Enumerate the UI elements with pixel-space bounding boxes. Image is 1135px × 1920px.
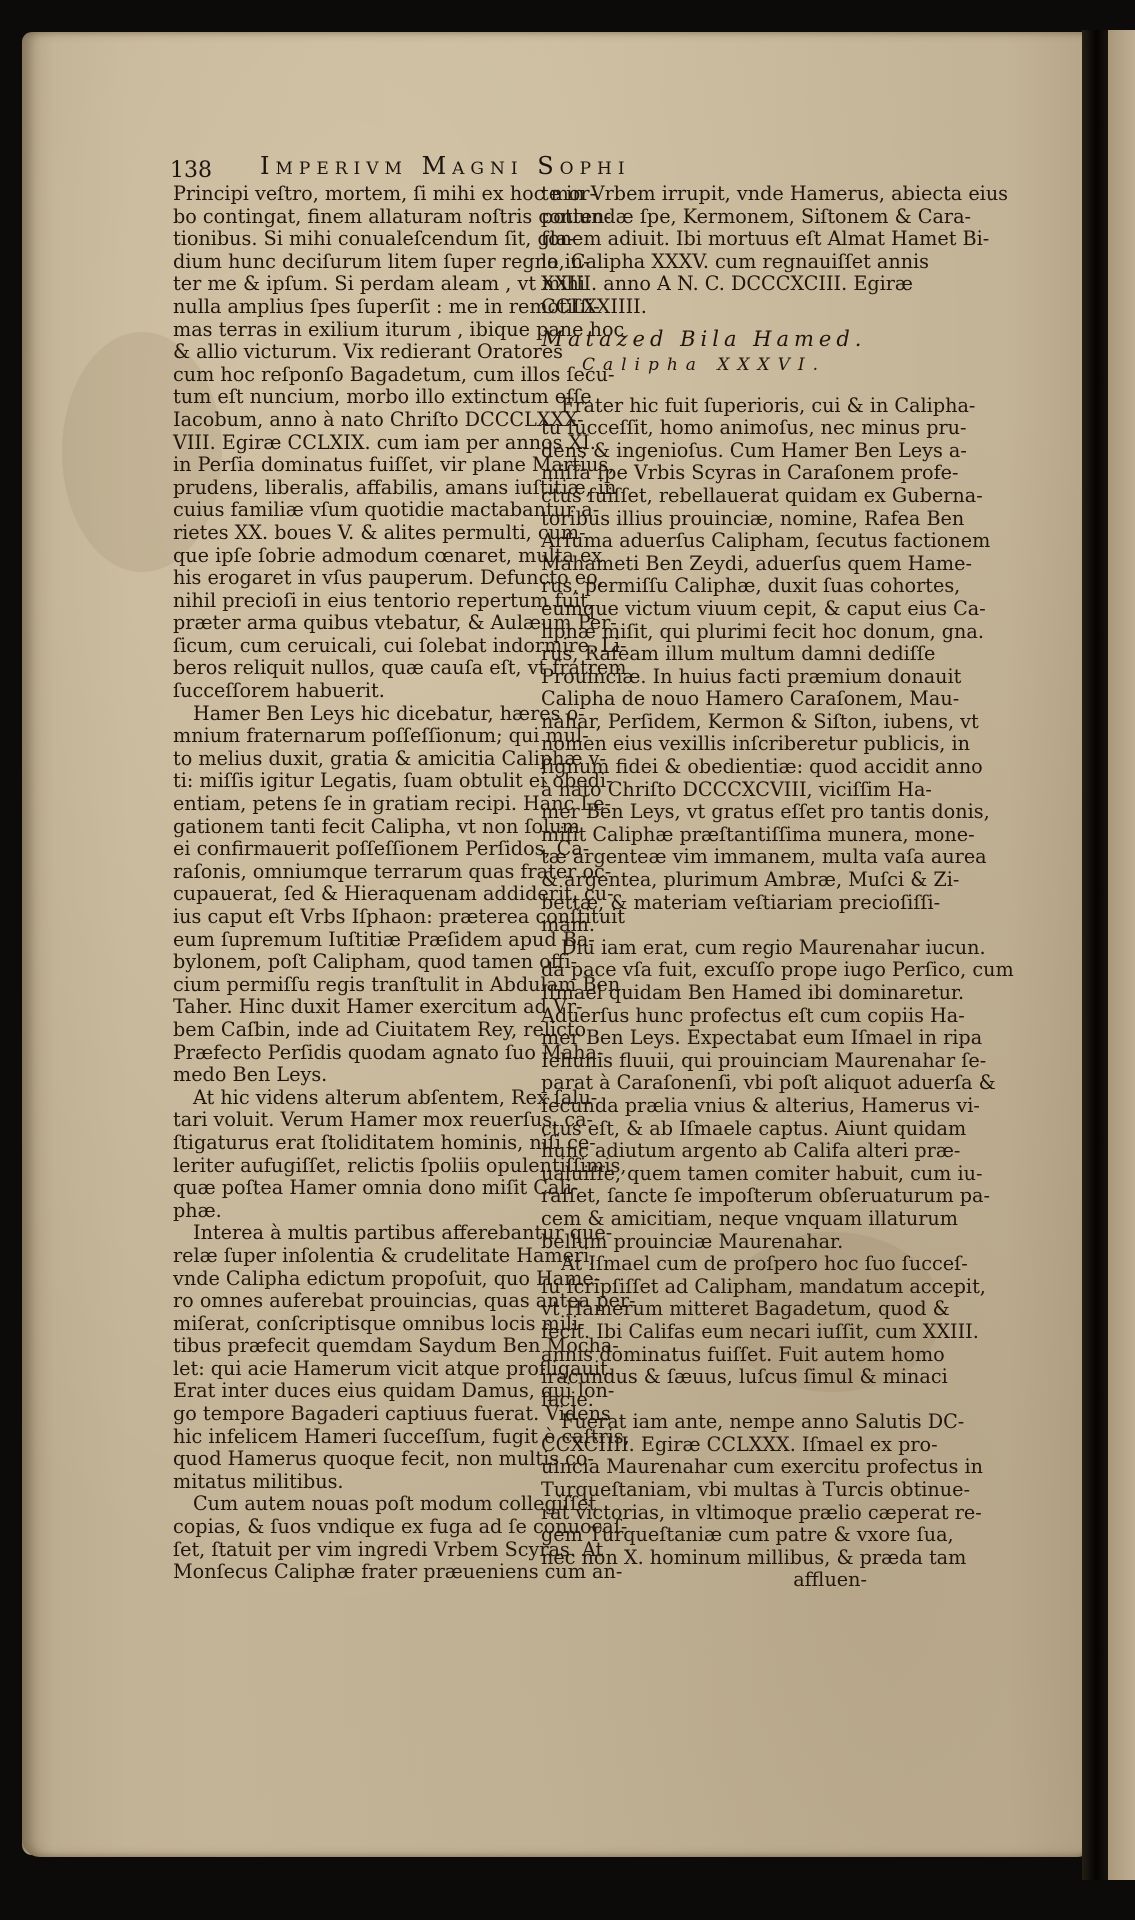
text-line: raſſet, ſancte ſe impoſterum obſeruaturu… (541, 1185, 867, 1208)
facing-page-edge (1108, 30, 1135, 1880)
text-line: & argentea, plurimum Ambræ, Muſci & Zi- (541, 869, 867, 892)
text-line: miſit Caliphæ præſtantiſſima munera, mon… (541, 824, 867, 847)
text-line: & allio victurum. Vix redierant Oratores (173, 341, 540, 364)
right-text-column: te in Vrbem irrupit, vnde Hamerus, abiec… (541, 183, 867, 1592)
text-line: que ipſe ſobrie admodum cœnaret, multa e… (173, 545, 540, 568)
text-line: liphæ miſit, qui plurimi fecit hoc donum… (541, 621, 867, 644)
section-subheading: Calipha XXXVI. (541, 353, 867, 377)
text-line: fecit. Ibi Califas eum necari iuſſit, cu… (541, 1321, 867, 1344)
text-line: mam. (541, 914, 867, 937)
text-line: hic infelicem Hameri ſucceſſum, fugit è … (173, 1426, 540, 1449)
text-line: ſu ſcripſiſſet ad Calipham, mandatum acc… (541, 1276, 867, 1299)
text-line: bylonem, poſt Calipham, quod tamen offi- (173, 951, 540, 974)
text-line: XXIII. anno A N. C. DCCCXCIII. Egiræ (541, 273, 867, 296)
text-line: ſecunda prælia vnius & alterius, Hamerus… (541, 1095, 867, 1118)
text-line: prudens, liberalis, affabilis, amans iuſ… (173, 477, 540, 500)
text-line: miſerat, conſcriptisque omnibus locis mi… (173, 1313, 540, 1336)
text-line: à nato Chriſto DCCCXCVIII, viciſſim Ha- (541, 779, 867, 802)
text-line: rat victorias, in vltimoque prælio cæper… (541, 1502, 867, 1525)
text-line: to melius duxit, gratia & amicitia Calip… (173, 748, 540, 771)
text-line: præter arma quibus vtebatur, & Aulæum Pe… (173, 612, 540, 635)
text-line: Cum autem nouas poſt modum collegiſſet (173, 1493, 540, 1516)
text-line: Turqueſtaniam, vbi multas à Turcis obtin… (541, 1479, 867, 1502)
text-line: Calipha de nouo Hamero Caraſonem, Mau- (541, 688, 867, 711)
text-line: Prouinciæ. In huius facti præmium donaui… (541, 666, 867, 689)
text-line: facie. (541, 1389, 867, 1412)
text-line: tari voluit. Verum Hamer mox reuerſus, c… (173, 1109, 540, 1132)
text-line: cupauerat, ſed & Hieraquenam addiderit, … (173, 883, 540, 906)
text-line: ctus fuiſſet, rebellauerat quidam ex Gub… (541, 485, 867, 508)
text-line: nomen eius vexillis inſcriberetur public… (541, 733, 867, 756)
text-line: rus, permiſſu Caliphæ, duxit ſuas cohort… (541, 575, 867, 598)
text-line: ſet, ſtatuit per vim ingredi Vrbem Scyra… (173, 1539, 540, 1562)
text-line: ter me & ipſum. Si perdam aleam , vt mih… (173, 273, 540, 296)
text-line: bellum prouinciæ Maurenahar. (541, 1231, 867, 1254)
text-line: parat à Caraſonenſi, vbi poſt aliquot ad… (541, 1072, 867, 1095)
text-line: Iacobum, anno à nato Chriſto DCCCLXXX- (173, 409, 540, 432)
text-line: Hamer Ben Leys hic dicebatur, hæres o- (173, 703, 540, 726)
text-line: vnde Calipha edictum propoſuit, quo Hame… (173, 1268, 540, 1291)
section-heading: Matazed Bila Hamed. (541, 325, 867, 353)
text-line: mer Ben Leys, vt gratus eſſet pro tantis… (541, 801, 867, 824)
text-line: CCLXXIIII. (541, 296, 867, 319)
text-line: cum hoc reſponſo Bagadetum, cum illos ſe… (173, 364, 540, 387)
text-line: raſonis, omniumque terrarum quas frater … (173, 861, 540, 884)
text-line: toribus illius prouinciæ, nomine, Rafea … (541, 508, 867, 531)
text-line: phæ. (173, 1200, 540, 1223)
text-line: bem Caſbin, inde ad Ciuitatem Rey, relic… (173, 1019, 540, 1042)
text-line: Fuerat iam ante, nempe anno Salutis DC- (541, 1411, 867, 1434)
text-line: rus, Rafeam illum multum damni dediſſe (541, 643, 867, 666)
text-line: bettæ, & materiam veſtiariam precioſiſſi… (541, 892, 867, 915)
text-line: At Iſmael cum de proſpero hoc ſuo ſucceſ… (541, 1253, 867, 1276)
text-line: iracundus & ſæuus, luſcus ſimul & minaci (541, 1366, 867, 1389)
text-line: cuius familiæ vſum quotidie mactabantur … (173, 499, 540, 522)
text-line: mitatus militibus. (173, 1471, 540, 1494)
text-line: miſſa ſpe Vrbis Scyras in Caraſonem prof… (541, 462, 867, 485)
text-line: Iſmael quidam Ben Hamed ibi dominaretur. (541, 982, 867, 1005)
text-line: relæ ſuper inſolentia & crudelitate Hame… (173, 1245, 540, 1268)
text-line: dens & ingenioſus. Cum Hamer Ben Leys a- (541, 440, 867, 463)
text-line: Præfecto Perſidis quodam agnato ſuo Maha… (173, 1042, 540, 1065)
text-line: ſonem adiuit. Ibi mortuus eſt Almat Hame… (541, 228, 867, 251)
text-line: tibus præfecit quemdam Saydum Ben Mocha- (173, 1335, 540, 1358)
page-number: 138 (170, 158, 212, 183)
text-line: beros reliquit nullos, quæ cauſa eſt, vt… (173, 657, 540, 680)
text-line: da pace vſa fuit, excuſſo prope iugo Per… (541, 959, 867, 982)
text-line: tionibus. Si mihi conualeſcendum ſit, gl… (173, 228, 540, 251)
text-line: tæ argenteæ vim immanem, multa vaſa aure… (541, 846, 867, 869)
text-line: nahar, Perſidem, Kermon & Siſton, iubens… (541, 711, 867, 734)
text-line: eum ſupremum Iuſtitiæ Præſidem apud Ba- (173, 929, 540, 952)
text-line: nec non X. hominum millibus, & præda tam (541, 1547, 867, 1570)
text-line: in Perſia dominatus fuiſſet, vir plane M… (173, 454, 540, 477)
left-text-column: Principi veſtro, mortem, ſi mihi ex hoc … (173, 183, 540, 1584)
text-line: VIII. Egiræ CCLXIX. cum iam per annos XI… (173, 432, 540, 455)
text-line: nulla amplius ſpes ſuperſit : me in remo… (173, 296, 540, 319)
text-line: Monſecus Caliphæ frater præueniens cum a… (173, 1561, 540, 1584)
text-line: mas terras in exilium iturum , ibique pa… (173, 319, 540, 342)
text-line: ei confirmauerit poſſeſſionem Perſidos, … (173, 838, 540, 861)
text-line: cem & amicitiam, neque vnquam illaturum (541, 1208, 867, 1231)
running-title: Imperivm Magni Sophi (260, 152, 631, 180)
text-line: ſtigaturus erat ſtoliditatem hominis, ni… (173, 1132, 540, 1155)
text-line: ti: miſſis igitur Legatis, ſuam obtulit … (173, 770, 540, 793)
text-line: tum eſt nuncium, morbo illo extinctum eſ… (173, 386, 540, 409)
text-line: Interea à multis partibus afferebantur q… (173, 1222, 540, 1245)
text-line: Diu iam erat, cum regio Maurenahar iucun… (541, 937, 867, 960)
text-line: leriter aufugiſſet, relictis ſpoliis opu… (173, 1155, 540, 1178)
catchword: affluen- (541, 1569, 867, 1592)
text-line: ro omnes auferebat prouincias, quas ante… (173, 1290, 540, 1313)
text-line: te in Vrbem irrupit, vnde Hamerus, abiec… (541, 183, 867, 206)
text-line: let: qui acie Hamerum vicit atque profli… (173, 1358, 540, 1381)
right-column-body: Frater hic fuit ſuperioris, cui & in Cal… (541, 395, 867, 1570)
text-line: go tempore Bagaderi captiuus fuerat. Vid… (173, 1403, 540, 1426)
text-line: Aduerſus hunc profectus eſt cum copiis H… (541, 1005, 867, 1028)
text-line: quod Hamerus quoque fecit, non multis co… (173, 1448, 540, 1471)
text-line: Taher. Hinc duxit Hamer exercitum ad Vr- (173, 996, 540, 1019)
text-line: ſicum, cum ceruicali, cui ſolebat indorm… (173, 635, 540, 658)
text-line: Arſuma aduerſus Calipham, ſecutus factio… (541, 530, 867, 553)
text-line: copias, & ſuos vndique ex fuga ad ſe con… (173, 1516, 540, 1539)
text-line: Iehunis fluuii, qui prouinciam Maurenaha… (541, 1050, 867, 1073)
text-line: cium permiſſu regis tranſtulit in Abdula… (173, 974, 540, 997)
text-line: mer Ben Leys. Expectabat eum Iſmael in r… (541, 1027, 867, 1050)
text-line: his erogaret in vſus pauperum. Defuncto … (173, 567, 540, 590)
text-line: annis dominatus fuiſſet. Fuit autem homo (541, 1344, 867, 1367)
text-line: vt Hamerum mitteret Bagadetum, quod & (541, 1298, 867, 1321)
text-line: ſignum fidei & obedientiæ: quod accidit … (541, 756, 867, 779)
text-line: ualuiſſe, quem tamen comiter habuit, cum… (541, 1163, 867, 1186)
text-line: hunc adiutum argento ab Califa alteri pr… (541, 1140, 867, 1163)
text-line: ctus eſt, & ab Iſmaele captus. Aiunt qui… (541, 1118, 867, 1141)
text-line: nihil precioſi in eius tentorio repertum… (173, 590, 540, 613)
text-line: ſucceſſorem habuerit. (173, 680, 540, 703)
text-line: quæ poſtea Hamer omnia dono miſit Cali- (173, 1177, 540, 1200)
book-gutter (1082, 30, 1110, 1880)
text-line: la, Calipha XXXV. cum regnauiſſet annis (541, 251, 867, 274)
text-line: Frater hic fuit ſuperioris, cui & in Cal… (541, 395, 867, 418)
text-line: gationem tanti fecit Calipha, vt non ſol… (173, 816, 540, 839)
text-line: tu ſucceſſit, homo animoſus, nec minus p… (541, 417, 867, 440)
text-line: Principi veſtro, mortem, ſi mihi ex hoc … (173, 183, 540, 206)
page-header: 138 Imperivm Magni Sophi (170, 152, 890, 186)
text-line: Erat inter duces eius quidam Damus, qui … (173, 1380, 540, 1403)
text-line: ius caput eſt Vrbs Iſphaon: præterea con… (173, 906, 540, 929)
text-line: eumque victum viuum cepit, & caput eius … (541, 598, 867, 621)
text-line: CCXCIIII. Egiræ CCLXXX. Iſmael ex pro- (541, 1434, 867, 1457)
right-column-intro: te in Vrbem irrupit, vnde Hamerus, abiec… (541, 183, 867, 319)
text-line: potiundæ ſpe, Kermonem, Siſtonem & Cara- (541, 206, 867, 229)
text-line: mnium fraternarum poſſeſſionum; qui mul- (173, 725, 540, 748)
text-line: Mahameti Ben Zeydi, aduerſus quem Hame- (541, 553, 867, 576)
text-line: entiam, petens ſe in gratiam recipi. Han… (173, 793, 540, 816)
text-line: medo Ben Leys. (173, 1064, 540, 1087)
text-line: At hic videns alterum abſentem, Rex ſalu… (173, 1087, 540, 1110)
text-line: dium hunc deciſurum litem ſuper regno in… (173, 251, 540, 274)
text-line: bo contingat, finem allaturam noſtris co… (173, 206, 540, 229)
text-line: rietes XX. boues V. & alites permulti, c… (173, 522, 540, 545)
text-line: gem Turqueſtaniæ cum patre & vxore ſua, (541, 1524, 867, 1547)
text-line: uincia Maurenahar cum exercitu profectus… (541, 1456, 867, 1479)
